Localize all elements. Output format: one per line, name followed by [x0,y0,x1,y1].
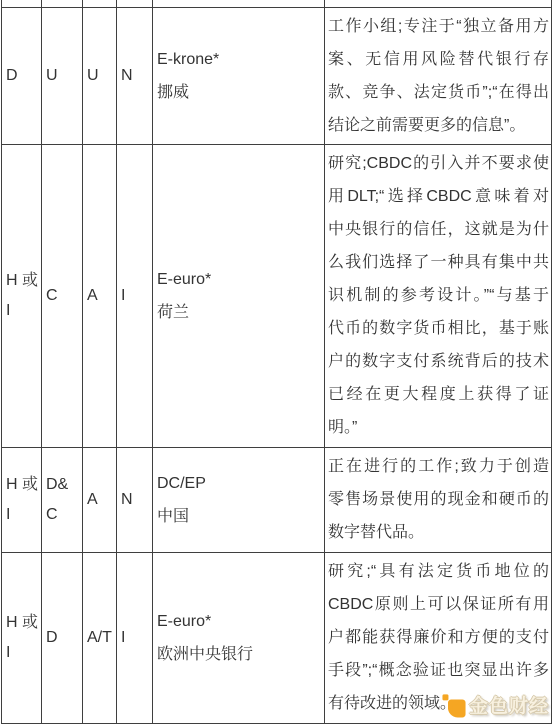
text-line: 研究;“具有法定货币地位的 [328,555,549,588]
text-line: U [46,61,82,91]
text-line: I [6,638,41,668]
text-line: U [87,61,116,91]
text-line: 中国 [157,500,324,533]
text-line: DC/EP [157,467,324,500]
text-line: 结论之前需要更多的信息”。 [328,109,549,142]
text-line: 案、无信用风险替代银行存 [328,43,549,76]
text-line: E-krone* [157,43,324,76]
cut-off-row-cell [2,0,42,8]
text-line: 用DLT;“选择CBDC意味着对 [328,180,549,213]
text-line: 正在进行的工作;致力于创造 [328,450,549,483]
table-cell-r3-c1: H 或I [2,448,42,553]
text-line: D [6,61,41,91]
cut-off-row-cell [83,0,117,8]
text-line: E-euro* [157,605,324,638]
table-cell-r4-c2: D [42,553,83,724]
table-cell-r1-c2: U [42,8,83,145]
table-cell-r2-c4: I [117,145,153,448]
text-line: I [6,500,41,530]
text-line: 挪威 [157,76,324,109]
table-cell-r1-c6: 工作小组;专注于“独立备用方案、无信用风险替代银行存款、竞争、法定货币”;“在得… [325,8,552,145]
text-line: CBDC原则上可以保证所有用 [328,588,549,621]
text-line: H 或 [6,608,41,638]
text-line: 荷兰 [157,296,324,329]
table-cell-r2-c2: C [42,145,83,448]
table-cell-r4-c3: A/T [83,553,117,724]
table-cell-r2-c1: H 或I [2,145,42,448]
table-cell-r3-c2: D&C [42,448,83,553]
text-line: 款、竞争、法定货币”;“在得出 [328,76,549,109]
text-line: 明。” [328,411,549,444]
text-line: E-euro* [157,263,324,296]
table-cell-r1-c4: N [117,8,153,145]
table-cell-r2-c6: 研究;CBDC的引入并不要求使用DLT;“选择CBDC意味着对中央银行的信任，这… [325,145,552,448]
text-line: D& [46,470,82,500]
text-line: 研究;CBDC的引入并不要求使 [328,147,549,180]
table-cell-r1-c5: E-krone*挪威 [153,8,325,145]
cut-off-row-cell [153,0,325,8]
text-line: I [6,296,41,326]
table-cell-r2-c3: A [83,145,117,448]
cut-off-row-cell [42,0,83,8]
table-cell-r3-c5: DC/EP中国 [153,448,325,553]
cut-off-row-cell [117,0,153,8]
text-line: N [121,61,152,91]
watermark-brand-text: 金色财经 [469,691,549,718]
text-line: A/T [87,623,116,653]
text-line: C [46,500,82,530]
text-line: I [121,623,152,653]
text-line: 零售场景使用的现金和硬币的 [328,483,549,516]
table-cell-r4-c5: E-euro*欧洲中央银行 [153,553,325,724]
document-page: DUUNE-krone*挪威工作小组;专注于“独立备用方案、无信用风险替代银行存… [0,0,553,726]
text-line: 数字替代品。 [328,516,549,549]
table-cell-r4-c1: H 或I [2,553,42,724]
text-line: 欧洲中央银行 [157,638,324,671]
text-line: C [46,281,82,311]
jinse-logo-icon [442,692,466,718]
text-line: 么我们选择了一种具有集中共 [328,246,549,279]
table-cell-r2-c5: E-euro*荷兰 [153,145,325,448]
table-cell-r4-c4: I [117,553,153,724]
table-cell-r3-c6: 正在进行的工作;致力于创造零售场景使用的现金和硬币的数字替代品。 [325,448,552,553]
text-line: 户都能获得廉价和方便的支付 [328,621,549,654]
table-cell-r3-c4: N [117,448,153,553]
text-line: D [46,623,82,653]
text-line: A [87,485,116,515]
cbdc-table: DUUNE-krone*挪威工作小组;专注于“独立备用方案、无信用风险替代银行存… [1,0,552,724]
table-cell-r3-c3: A [83,448,117,553]
text-line: N [121,485,152,515]
text-line: 已经在更大程度上获得了证 [328,378,549,411]
text-line: 户的数字支付系统背后的技术 [328,345,549,378]
text-line: H 或 [6,266,41,296]
jinse-watermark: 金色财经 [442,691,549,718]
table-cell-r1-c3: U [83,8,117,145]
text-line: 中央银行的信任，这就是为什 [328,213,549,246]
text-line: 代币的数字货币相比，基于账 [328,312,549,345]
text-line: 手段”;“概念验证也突显出许多 [328,654,549,687]
text-line: 识机制的参考设计。”“与基于 [328,279,549,312]
text-line: 工作小组;专注于“独立备用方 [328,10,549,43]
cut-off-row-cell [325,0,552,8]
text-line: H 或 [6,470,41,500]
text-line: A [87,281,116,311]
text-line: I [121,281,152,311]
table-cell-r1-c1: D [2,8,42,145]
